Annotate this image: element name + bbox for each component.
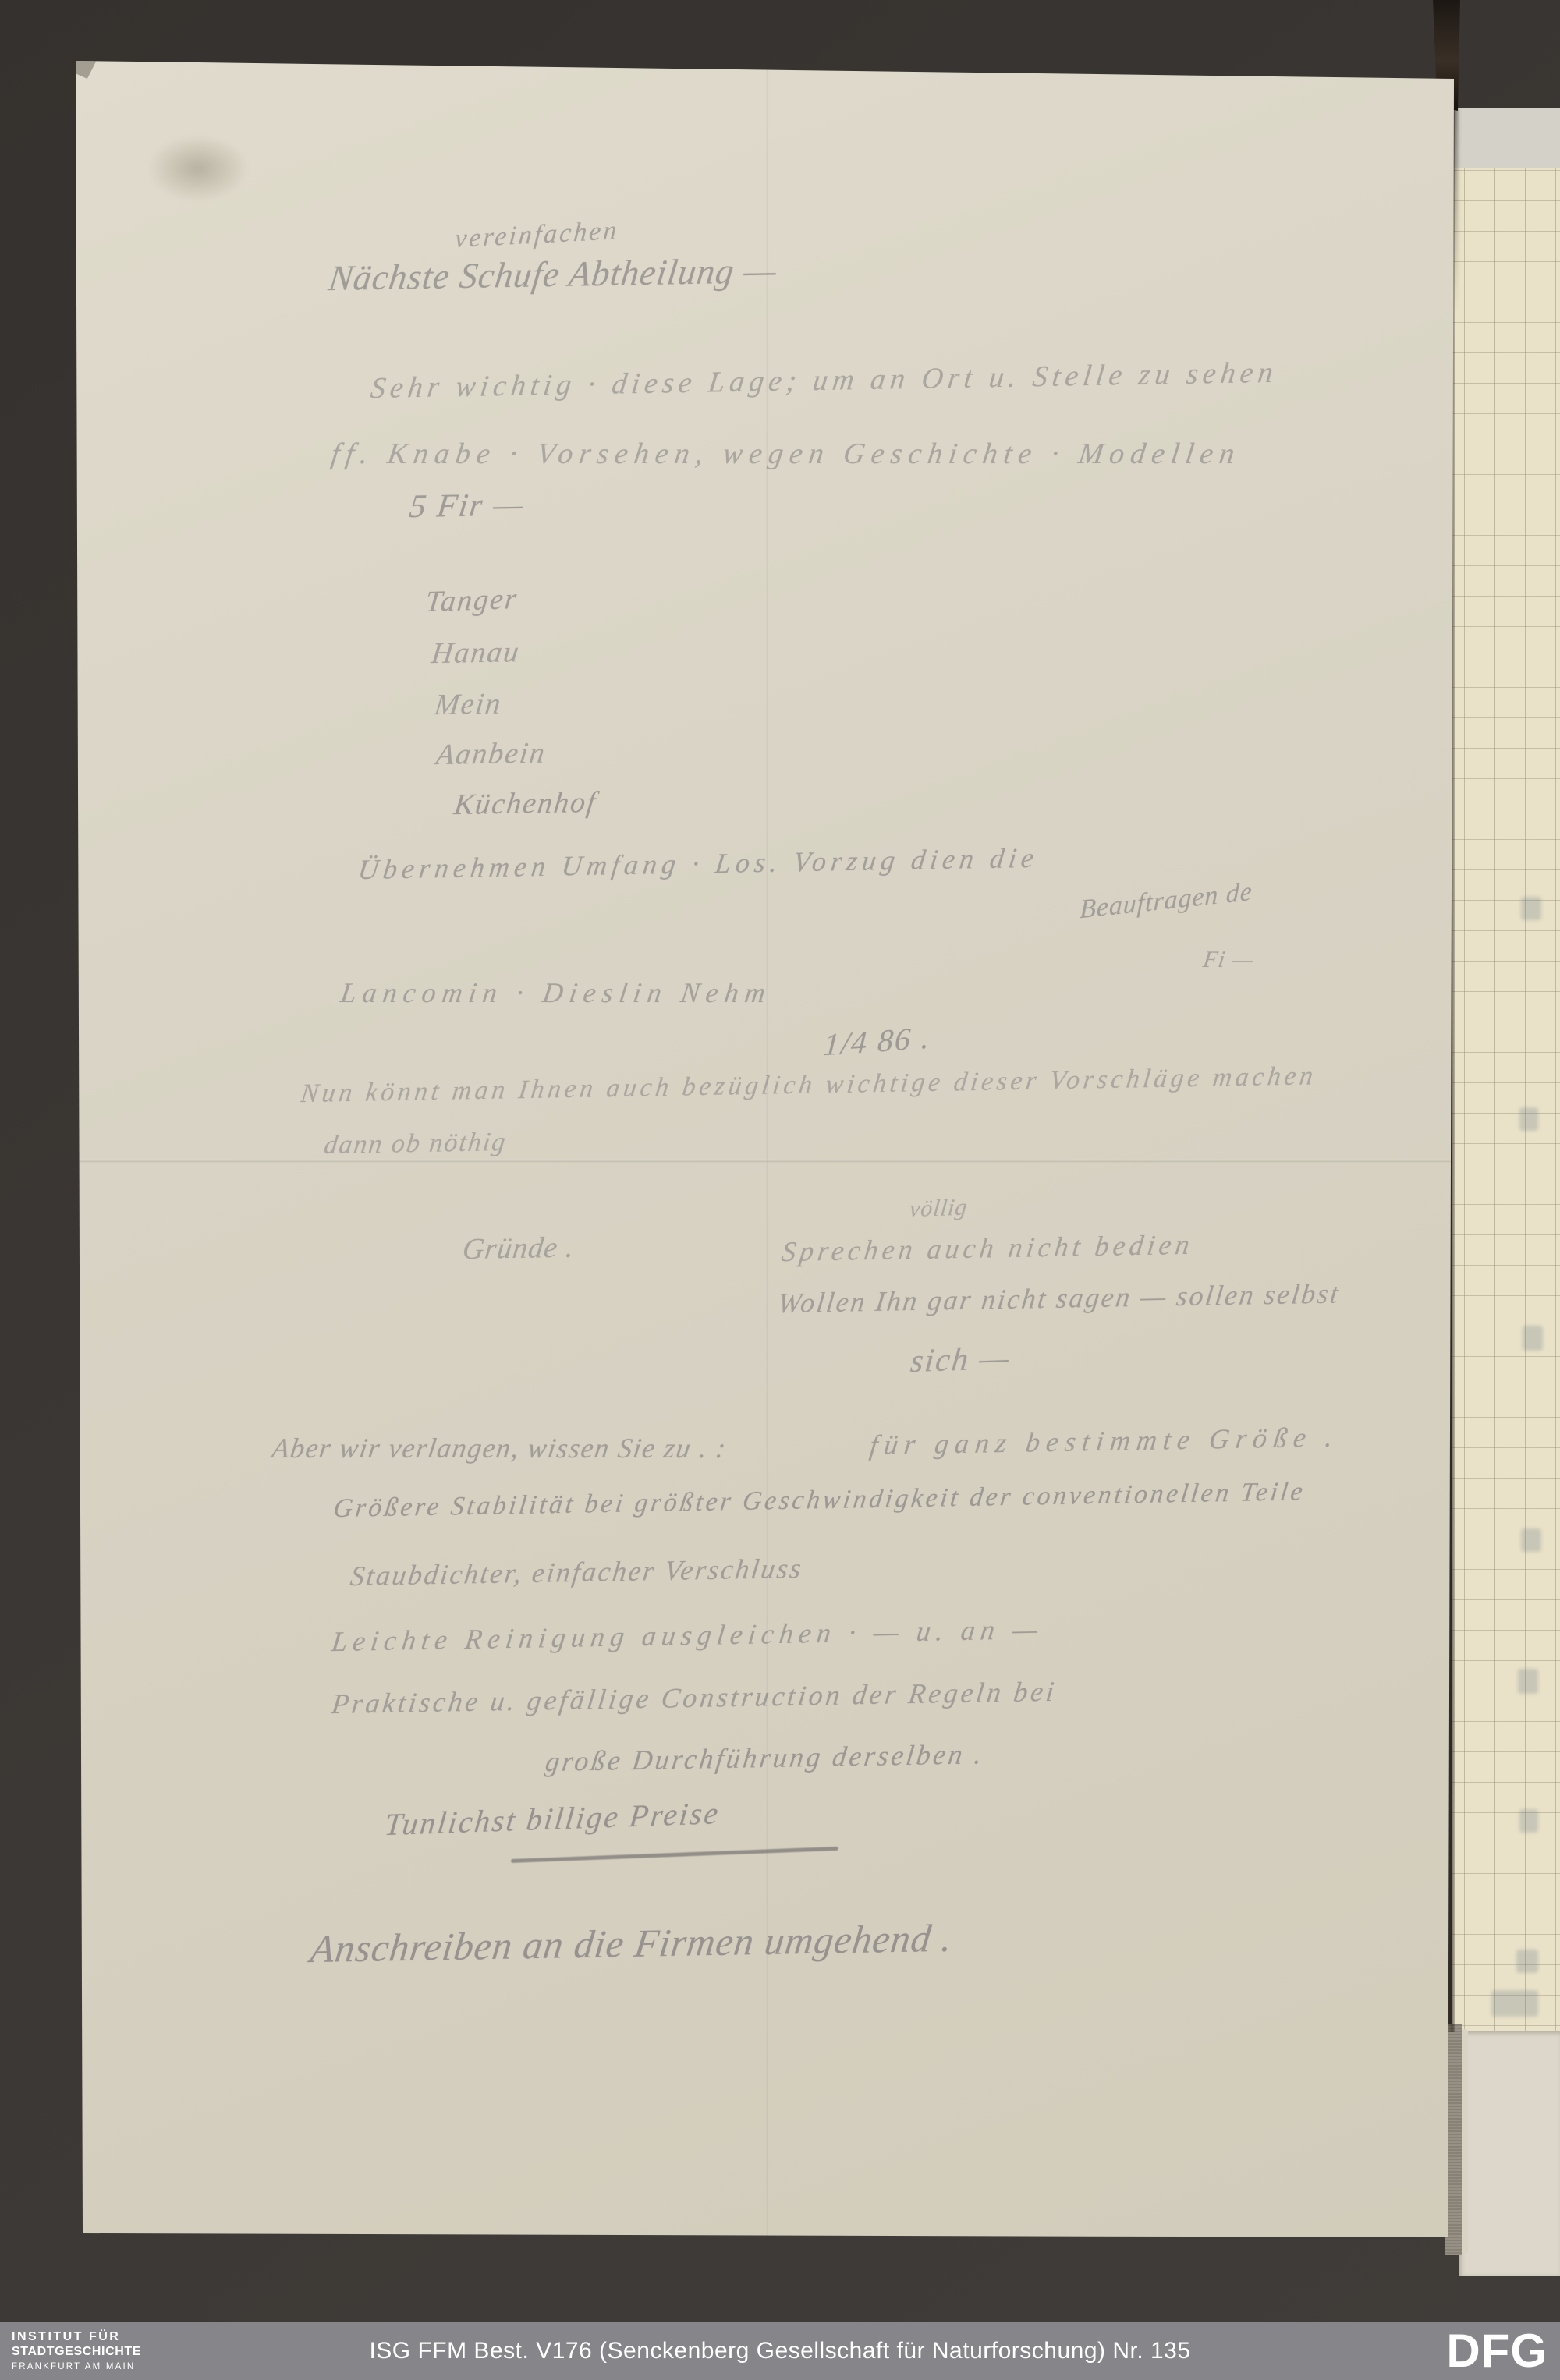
caption-bar: INSTITUT FÜR STADTGESCHICHTE FRANKFURT A…: [0, 2322, 1560, 2380]
archive-shelfmark-caption: ISG FFM Best. V176 (Senckenberg Gesellsc…: [0, 2322, 1560, 2380]
pencil-smudge: [147, 135, 249, 202]
bleedthrough-mark: [1521, 1528, 1541, 1552]
binding-paper-sliver: [1462, 2029, 1468, 2255]
grid-paper-page: [1452, 168, 1560, 2032]
bleedthrough-mark: [1521, 897, 1541, 920]
horizontal-fold-crease: [76, 1160, 1454, 1162]
bleedthrough-mark: [1523, 1326, 1543, 1351]
bleedthrough-mark: [1519, 1107, 1538, 1131]
torn-corner-chip: [76, 60, 97, 79]
bleedthrough-mark: [1518, 1669, 1538, 1694]
bleedthrough-mark: [1519, 1809, 1538, 1833]
bleedthrough-mark: [1516, 1950, 1538, 1973]
archive-scan-viewer: vereinfachenNächste Schufe Abtheilung —S…: [0, 0, 1560, 2380]
vertical-fold-crease: [767, 58, 768, 2237]
grid-sheet-top-margin: [1452, 108, 1560, 168]
dfg-logo: DFG: [1446, 2325, 1548, 2378]
lower-plain-sheet: [1459, 2031, 1560, 2276]
manuscript-page: [76, 58, 1454, 2237]
bleedthrough-mark: [1491, 1990, 1538, 2017]
